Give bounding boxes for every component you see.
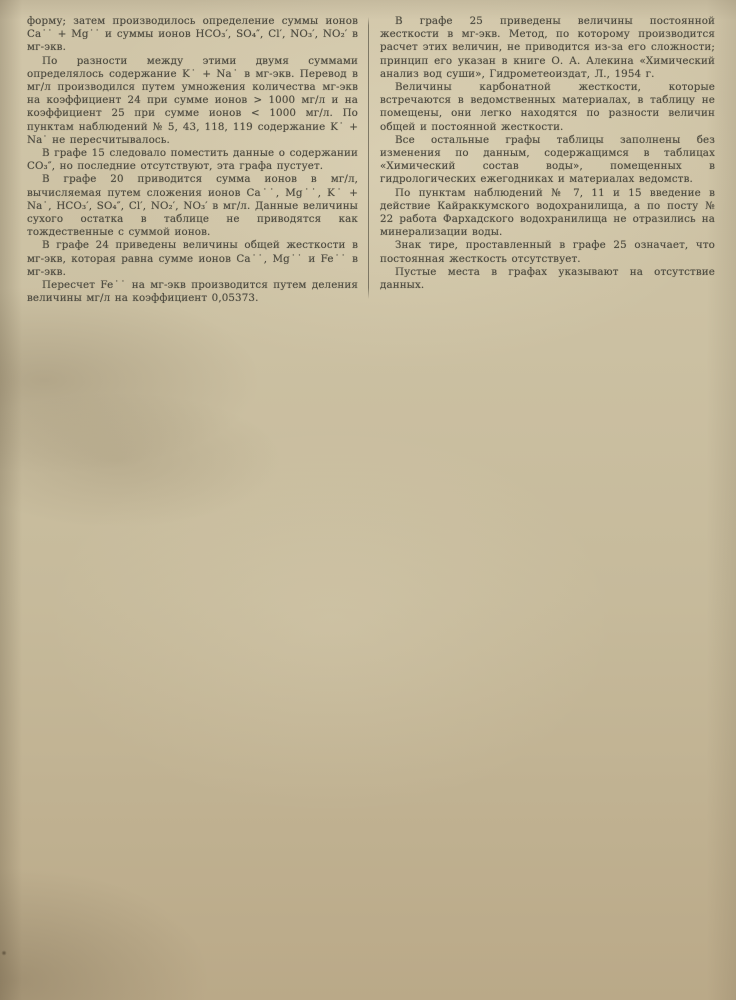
right-paragraph-6: Пустые места в графах указывают на отсут… [380,266,715,292]
left-paragraph-4: В графе 20 приводится сумма ионов в мг/л… [27,173,358,239]
left-column: форму; затем производилось определение с… [27,15,358,305]
text-block: форму; затем производилось определение с… [27,15,715,305]
left-paragraph-3: В графе 15 следовало поместить данные о … [27,147,358,173]
left-paragraph-2: По разности между этими двумя суммами оп… [27,55,358,147]
right-column: В графе 25 приведены величины постоянной… [380,15,715,305]
right-paragraph-1: В графе 25 приведены величины постоянной… [380,15,715,81]
left-paragraph-1: форму; затем производилось определение с… [27,15,358,55]
right-paragraph-4: По пунктам наблюдений № 7, 11 и 15 введе… [380,187,715,240]
column-divider-rule [368,17,369,299]
right-paragraph-2: Величины карбонатной жесткости, которые … [380,81,715,134]
right-paragraph-5: Знак тире, проставленный в графе 25 озна… [380,239,715,265]
left-paragraph-6: Пересчет Fe˙˙ на мг-экв производится пут… [27,279,358,305]
left-paragraph-5: В графе 24 приведены величины общей жест… [27,239,358,279]
right-paragraph-3: Все остальные графы таблицы заполнены бе… [380,134,715,187]
scanned-page: форму; затем производилось определение с… [0,0,736,1000]
